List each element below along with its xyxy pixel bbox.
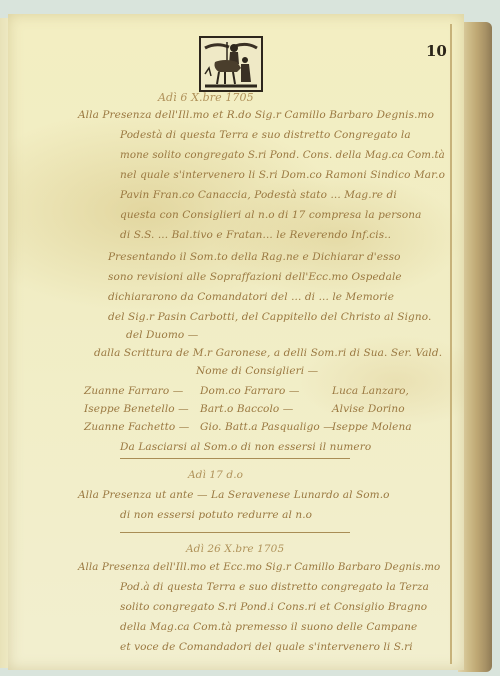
text-line: dalla Scrittura de M.r Garonese, a delli… xyxy=(94,348,442,359)
woodcut-seal-icon xyxy=(199,36,263,92)
text-line: Presentando il Som.to della Rag.ne e Dic… xyxy=(108,252,401,263)
councillor-name: Dom.co Farraro — xyxy=(200,386,299,397)
text-line: Alla Presenza dell'Ill.mo et R.do Sig.r … xyxy=(78,110,434,121)
entry-date: Adì 26 X.bre 1705 xyxy=(186,544,284,555)
entry-date: Adì 6 X.bre 1705 xyxy=(158,92,254,103)
councillor-name: Gio. Batt.a Pasqualigo — xyxy=(200,422,334,433)
manuscript-page: 10 Adì 6 X.bre 1705 Alla Presenza dell'I… xyxy=(8,14,464,670)
entry-closing: Da Lasciarsi al Som.o di non essersi il … xyxy=(120,442,371,453)
page-fold-line xyxy=(450,24,452,664)
text-line: Podestà di questa Terra e suo distretto … xyxy=(120,130,411,141)
councillor-name: Luca Lanzaro, xyxy=(332,386,409,397)
councillor-name: Iseppe Benetello — xyxy=(84,404,189,415)
councillor-name: Bart.o Baccolo — xyxy=(200,404,293,415)
councillor-name: Zuanne Fachetto — xyxy=(84,422,189,433)
divider-rule xyxy=(120,458,350,459)
page-number: 10 xyxy=(426,42,447,60)
text-line: sono revisioni alle Sopraffazioni dell'E… xyxy=(108,272,402,283)
text-line: et voce de Comandadori del quale s'inter… xyxy=(120,642,413,653)
text-line: Nome di Consiglieri — xyxy=(196,366,318,377)
text-line: della Mag.ca Com.tà premesso il suono de… xyxy=(120,622,417,633)
divider-rule xyxy=(120,532,350,533)
text-line: Alla Presenza dell'Ill.mo et Ecc.mo Sig.… xyxy=(78,562,440,572)
entry-date: Adì 17 d.o xyxy=(188,470,243,481)
text-line: questa con Consiglieri al n.o di 17 comp… xyxy=(120,210,422,221)
councillor-name: Iseppe Molena xyxy=(332,422,412,433)
text-line: Pod.à di questa Terra e suo distretto co… xyxy=(120,582,429,593)
text-line: Alla Presenza ut ante — La Seravenese Lu… xyxy=(78,490,390,501)
text-line: di non essersi potuto redurre al n.o xyxy=(120,510,312,521)
text-line: del Duomo — xyxy=(126,330,198,341)
text-line: mone solito congregato S.ri Pond. Cons. … xyxy=(120,150,445,160)
text-line: del Sig.r Pasin Carbotti, del Cappitello… xyxy=(108,312,431,323)
bound-register: 10 Adì 6 X.bre 1705 Alla Presenza dell'I… xyxy=(0,8,494,670)
councillor-name: Zuanne Farraro — xyxy=(84,386,183,397)
text-line: dichiararono da Comandatori del ... di .… xyxy=(108,292,394,303)
text-line: Pavin Fran.co Canaccia, Podestà stato ..… xyxy=(120,190,397,201)
councillor-name: Alvise Dorino xyxy=(332,404,405,415)
text-line: solito congregato S.ri Pond.i Cons.ri et… xyxy=(120,602,427,613)
text-line: nel quale s'intervenero li S.ri Dom.co R… xyxy=(120,170,445,181)
text-line: di S.S. ... Bal.tivo e Fratan... le Reve… xyxy=(120,230,391,241)
